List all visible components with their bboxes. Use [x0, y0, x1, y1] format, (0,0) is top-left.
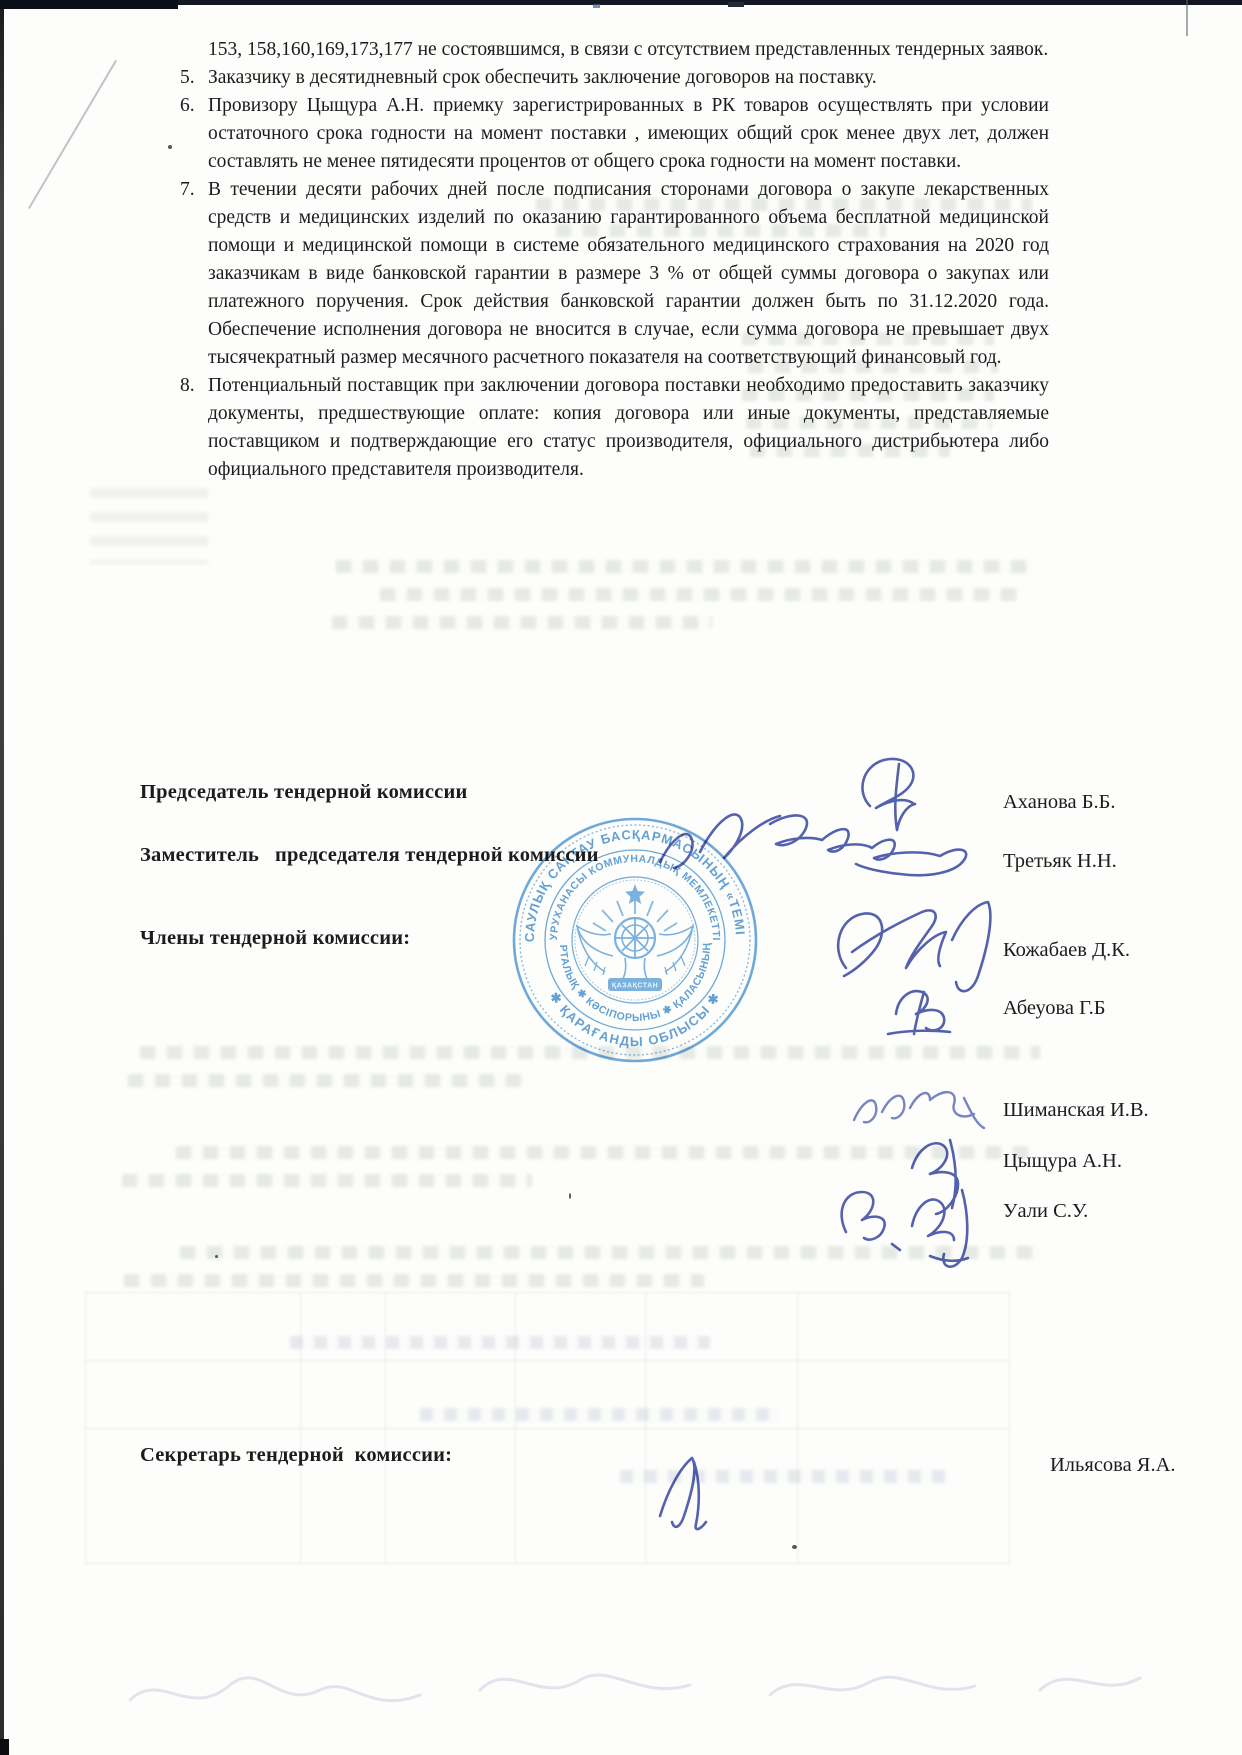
scan-right-edge-line [1186, 0, 1188, 36]
signatures-layer [0, 0, 1242, 1755]
signature-abeuova [888, 991, 950, 1034]
signature-ilyasova [660, 1458, 706, 1529]
scan-bottom-left-mark [0, 1739, 9, 1755]
signature-tretyak [660, 814, 966, 875]
scan-artifact-dot [593, 4, 600, 8]
signature-akhanova [862, 759, 915, 830]
scanned-document-page: 153, 158,160,169,173,177 не состоявшимся… [0, 0, 1242, 1755]
signature-uali [842, 1190, 968, 1267]
scan-left-edge [0, 0, 4, 1755]
scan-artifact-dash [728, 2, 744, 7]
signature-tsyshchura [912, 1140, 958, 1214]
signature-shimanskaya [854, 1092, 984, 1128]
bleedthrough-handwriting [130, 1675, 1140, 1701]
signature-kozhabaev [838, 902, 990, 991]
scan-top-corner-shadow [0, 0, 178, 9]
scan-top-edge [0, 0, 1242, 5]
